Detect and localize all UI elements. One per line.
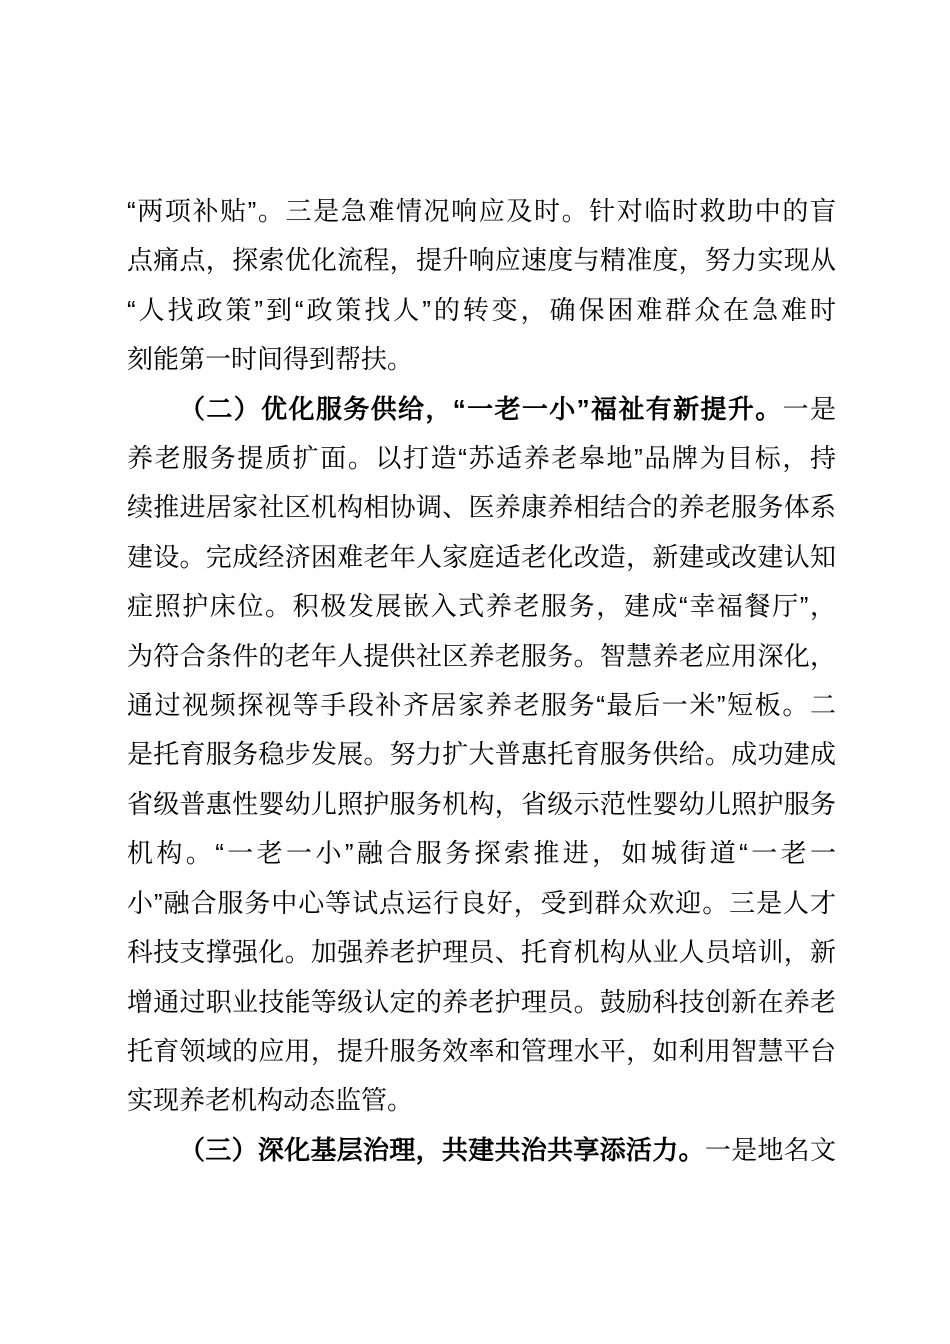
body-text-segment: 小”融合服务中心等试点运行良好，受到群众欢迎。三是人才	[127, 888, 836, 918]
body-text-segment: 托育领域的应用，提升服务效率和管理水平，如利用智慧平台	[127, 1036, 836, 1066]
text-line: （三）深化基层治理，共建共治共享添活力。一是地名文	[127, 1126, 836, 1175]
body-text-segment: 一是	[783, 394, 836, 424]
text-line: 建设。完成经济困难老年人家庭适老化改造，新建或改建认知	[127, 533, 836, 582]
text-line: （二）优化服务供给，“一老一小”福祉有新提升。一是	[127, 385, 836, 434]
body-text-segment: “人找政策”到“政策找人”的转变，确保困难群众在急难时	[127, 295, 836, 325]
text-line: “人找政策”到“政策找人”的转变，确保困难群众在急难时	[127, 286, 836, 335]
text-line: 续推进居家社区机构相协调、医养康养相结合的养老服务体系	[127, 483, 836, 532]
text-line: 刻能第一时间得到帮扶。	[127, 335, 836, 384]
heading-text-segment: （三）深化基层治理，共建共治共享添活力。	[179, 1135, 705, 1165]
text-line: 托育领域的应用，提升服务效率和管理水平，如利用智慧平台	[127, 1027, 836, 1076]
body-text-segment: 养老服务提质扩面。以打造“苏适养老皋地”品牌为目标，持	[127, 443, 836, 473]
body-text-segment: 为符合条件的老年人提供社区养老服务。智慧养老应用深化，	[127, 641, 836, 671]
body-text-segment: 刻能第一时间得到帮扶。	[127, 344, 413, 374]
body-text-segment: 实现养老机构动态监管。	[127, 1085, 413, 1115]
text-line: “两项补贴”。三是急难情况响应及时。针对临时救助中的盲	[127, 187, 836, 236]
text-line: 为符合条件的老年人提供社区养老服务。智慧养老应用深化，	[127, 632, 836, 681]
body-text-segment: 一是地名文	[705, 1135, 836, 1165]
body-text-segment: 机构。“一老一小”融合服务探索推进，如城街道“一老一	[127, 838, 836, 868]
body-text-segment: 点痛点，探索优化流程，提升响应速度与精准度，努力实现从	[127, 245, 836, 275]
text-line: 症照护床位。积极发展嵌入式养老服务，建成“幸福餐厅”，	[127, 582, 836, 631]
text-line: 省级普惠性婴幼儿照护服务机构，省级示范性婴幼儿照护服务	[127, 780, 836, 829]
text-line: 增通过职业技能等级认定的养老护理员。鼓励科技创新在养老	[127, 978, 836, 1027]
body-text-segment: “两项补贴”。三是急难情况响应及时。针对临时救助中的盲	[127, 196, 836, 226]
body-text-segment: 症照护床位。积极发展嵌入式养老服务，建成“幸福餐厅”，	[127, 591, 836, 621]
document-text: “两项补贴”。三是急难情况响应及时。针对临时救助中的盲点痛点，探索优化流程，提升…	[127, 187, 836, 1175]
body-text-segment: 通过视频探视等手段补齐居家养老服务“最后一米”短板。二	[127, 690, 836, 720]
text-line: 小”融合服务中心等试点运行良好，受到群众欢迎。三是人才	[127, 879, 836, 928]
body-text-segment: 增通过职业技能等级认定的养老护理员。鼓励科技创新在养老	[127, 987, 836, 1017]
body-text-segment: 是托育服务稳步发展。努力扩大普惠托育服务供给。成功建成	[127, 739, 836, 769]
text-line: 通过视频探视等手段补齐居家养老服务“最后一米”短板。二	[127, 681, 836, 730]
body-text-segment: 续推进居家社区机构相协调、医养康养相结合的养老服务体系	[127, 492, 836, 522]
text-line: 机构。“一老一小”融合服务探索推进，如城街道“一老一	[127, 829, 836, 878]
text-line: 实现养老机构动态监管。	[127, 1076, 836, 1125]
document-page: “两项补贴”。三是急难情况响应及时。针对临时救助中的盲点痛点，探索优化流程，提升…	[0, 0, 950, 1344]
body-text-segment: 省级普惠性婴幼儿照护服务机构，省级示范性婴幼儿照护服务	[127, 789, 836, 819]
text-line: 科技支撑强化。加强养老护理员、托育机构从业人员培训，新	[127, 928, 836, 977]
heading-text-segment: （二）优化服务供给，“一老一小”福祉有新提升。	[179, 394, 783, 424]
text-line: 养老服务提质扩面。以打造“苏适养老皋地”品牌为目标，持	[127, 434, 836, 483]
text-line: 是托育服务稳步发展。努力扩大普惠托育服务供给。成功建成	[127, 730, 836, 779]
body-text-segment: 建设。完成经济困难老年人家庭适老化改造，新建或改建认知	[127, 542, 836, 572]
text-line: 点痛点，探索优化流程，提升响应速度与精准度，努力实现从	[127, 236, 836, 285]
body-text-segment: 科技支撑强化。加强养老护理员、托育机构从业人员培训，新	[127, 937, 836, 967]
